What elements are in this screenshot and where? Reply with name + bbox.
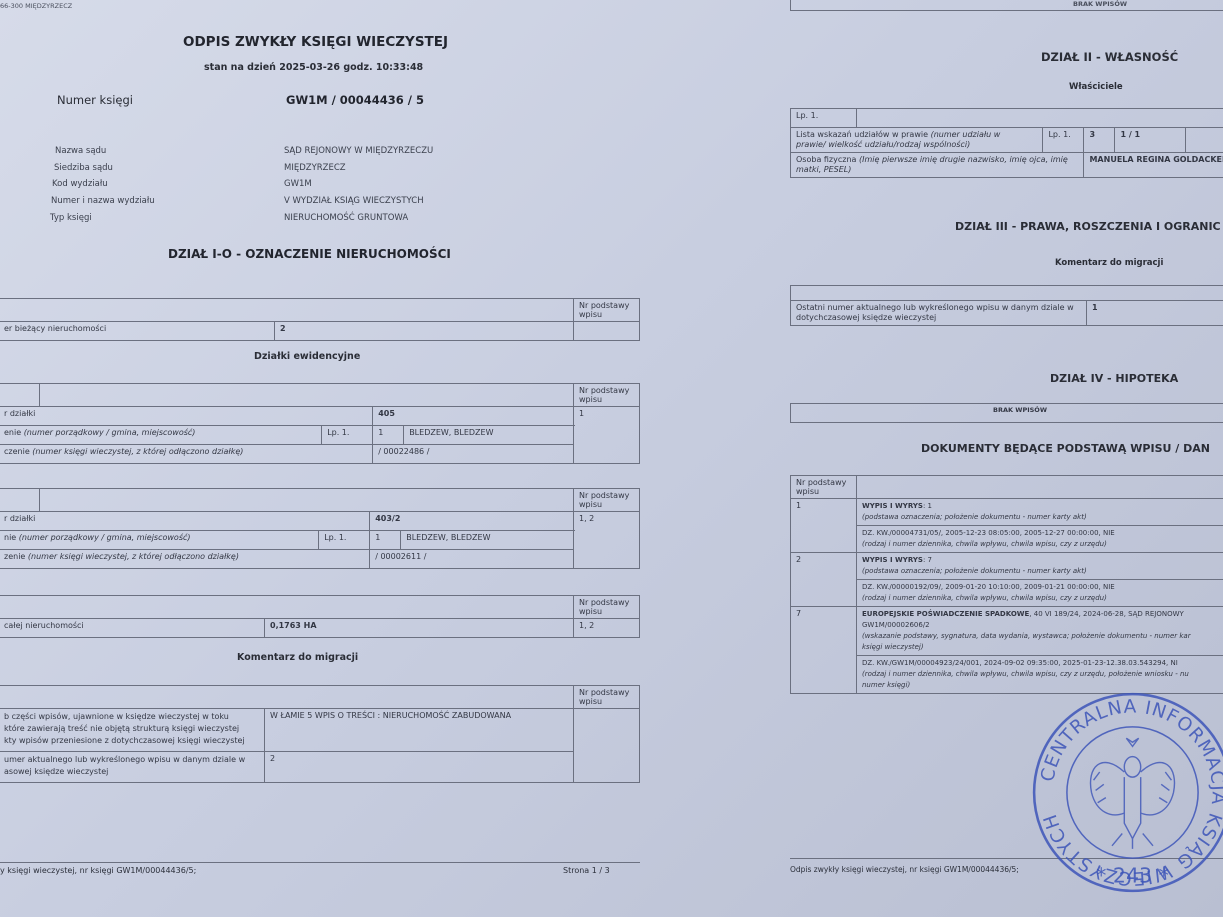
footer-divider — [0, 862, 640, 863]
separation-label: zenie — [4, 552, 25, 561]
plots-title: Działki ewidencyjne — [254, 351, 360, 362]
label-line: dotychczasowej księdze wieczystej — [796, 313, 1081, 323]
separation-label: czenie — [4, 447, 30, 456]
document-hint: księgi wieczystej) — [862, 643, 924, 651]
separation-hint: (numer księgi wieczystej, z której odłąc… — [28, 552, 239, 561]
location-lp: Lp. 1. — [319, 531, 370, 550]
document-journal: DZ. KW./GW1M/00004923/24/001, 2024-09-02… — [857, 655, 1223, 669]
migration-table: Nr podstawy wpisu b części wpisów, ujawn… — [0, 685, 640, 783]
section-3-row-value: 1 — [1087, 301, 1223, 326]
department-code-label: Kod wydziału — [52, 179, 108, 189]
document-row: 1 WYPIS I WYRYS: 1 (podstawa oznaczenia;… — [791, 499, 1223, 553]
separation-value: / 00022486 / — [373, 445, 574, 464]
basis-header: Nr podstawy wpisu — [574, 384, 640, 407]
department-code-value: GW1M — [284, 179, 312, 189]
court-seat-value: MIĘDZYRZECZ — [284, 163, 346, 173]
basis-header: Nr podstawy wpisu — [574, 299, 640, 322]
document-number: 7 — [791, 607, 857, 694]
section-4-table: BRAK WPISÓW — [790, 403, 1223, 423]
basis-header: Nr podstawy wpisu — [574, 489, 640, 512]
plot-number-label: r działki — [0, 512, 370, 531]
separation-hint: (numer księgi wieczystej, z której odłąc… — [32, 447, 243, 456]
person-hint: (Imię pierwsze imię drugie nazwisko, imi… — [859, 155, 1068, 164]
documents-table: Nr podstawy wpisu 1 WYPIS I WYRYS: 1 (po… — [790, 475, 1223, 694]
owners-title: Właściciele — [1069, 82, 1123, 92]
location-lp-number: 1 — [373, 426, 404, 445]
top-no-entries-box — [790, 0, 1223, 11]
court-name-value: SĄD REJONOWY W MIĘDZYRZECZU — [284, 146, 433, 156]
document-hint: (wskazanie podstawy, sygnatura, data wyd… — [862, 632, 1191, 640]
department-name-value: V WYDZIAŁ KSIĄG WIECZYSTYCH — [284, 196, 424, 206]
shares-label: Lista wskazań udziałów w prawie (numer u… — [791, 128, 1043, 153]
section-3-table: Ostatni numer aktualnego lub wykreśloneg… — [790, 285, 1223, 326]
footer-text: y księgi wieczystej, nr księgi GW1M/0004… — [0, 866, 196, 875]
document-details: WYPIS I WYRYS: 1 (podstawa oznaczenia; p… — [857, 499, 1223, 553]
area-basis: 1, 2 — [574, 619, 640, 638]
location-value: BLEDZEW, BLEDZEW — [404, 426, 574, 445]
document-book-ref: GW1M/00002606/2 — [862, 620, 1223, 631]
section-4-no-entries: BRAK WPISÓW — [791, 404, 1223, 423]
book-type-value: NIERUCHOMOŚĆ GRUNTOWA — [284, 213, 408, 223]
document-number: 2 — [791, 553, 857, 607]
owners-table: Lp. 1. Lista wskazań udziałów w prawie (… — [790, 108, 1223, 178]
document-journal: DZ. KW./00000192/09/, 2009-01-20 10:10:0… — [857, 579, 1223, 593]
book-number-label: Numer księgi — [57, 93, 133, 107]
document-row: 2 WYPIS I WYRYS: 7 (podstawa oznaczenia;… — [791, 553, 1223, 607]
document-hint: (podstawa oznaczenia; położenie dokument… — [862, 567, 1087, 575]
section-4-title: DZIAŁ IV - HIPOTEKA — [1050, 372, 1178, 385]
footer-text: Odpis zwykły księgi wieczystej, nr księg… — [790, 865, 1019, 874]
document-details: WYPIS I WYRYS: 7 (podstawa oznaczenia; p… — [857, 553, 1223, 607]
documents-title: DOKUMENTY BĘDĄCE PODSTAWĄ WPISU / DAN — [921, 442, 1210, 455]
stamp-ring-text: CENTRALNA INFORMACJA KSIĄG WIECZYSTYCH — [1037, 696, 1223, 888]
label-line: kty wpisów przeniesione z dotychczasowej… — [4, 735, 259, 747]
current-number-table: Nr podstawy wpisu er bieżący nieruchomoś… — [0, 298, 640, 341]
location-lp: Lp. 1. — [322, 426, 373, 445]
person-hint: matki, PESEL) — [796, 165, 851, 174]
document-row: 7 EUROPEJSKIE POŚWIADCZENIE SPADKOWE, 40… — [791, 607, 1223, 694]
basis-header: Nr podstawy wpisu — [791, 476, 857, 499]
plot-basis: 1 — [574, 407, 640, 464]
shares-lp: Lp. 1. — [1043, 128, 1084, 153]
current-number-value: 2 — [275, 322, 574, 341]
section-3-title: DZIAŁ III - PRAWA, ROSZCZENIA I OGRANIC — [955, 220, 1221, 233]
shares-hint: prawie/ wielkość udziału/rodzaj wspólnoś… — [796, 140, 970, 149]
migration-title: Komentarz do migracji — [237, 652, 358, 663]
court-seat-label: Siedziba sądu — [54, 163, 113, 173]
book-number: GW1M / 00044436 / 5 — [286, 93, 424, 107]
plot-table-1: Nr podstawy wpisu r działki 405 1 enie (… — [0, 383, 640, 464]
document-number: 1 — [791, 499, 857, 553]
label-line: umer aktualnego lub wykreślonego wpisu w… — [4, 754, 259, 766]
plot-basis: 1, 2 — [574, 512, 640, 569]
location-hint: (numer porządkowy / gmina, miejscowość) — [19, 533, 191, 542]
section-1-title: DZIAŁ I-O - OZNACZENIE NIERUCHOMOŚCI — [168, 247, 451, 261]
stamp-number: * 243 * — [1096, 864, 1169, 888]
page-number: Strona 1 / 3 — [563, 866, 610, 875]
department-name-label: Numer i nazwa wydziału — [51, 196, 155, 206]
label-line: asowej księdze wieczystej — [4, 766, 259, 778]
label-line: które zawierają treść nie objętą struktu… — [4, 723, 259, 735]
area-table: Nr podstawy wpisu całej nieruchomości 0,… — [0, 595, 640, 638]
migration-label-1: b części wpisów, ujawnione w księdze wie… — [0, 709, 265, 752]
document-title-suffix: : 7 — [923, 556, 932, 564]
current-number-label: er bieżący nieruchomości — [0, 322, 275, 341]
shares-value: 1 / 1 — [1115, 128, 1186, 153]
area-value: 0,1763 HA — [265, 619, 574, 638]
person-value: MANUELA REGINA GOLDACKER, K — [1084, 153, 1223, 178]
court-address: 66-300 MIĘDZYRZECZ — [0, 2, 72, 10]
document-title-suffix: : 1 — [923, 502, 932, 510]
location-hint: (numer porządkowy / gmina, miejscowość) — [24, 428, 196, 437]
migration-label-2: umer aktualnego lub wykreślonego wpisu w… — [0, 752, 265, 783]
person-label: Osoba fizyczna (Imię pierwsze imię drugi… — [791, 153, 1084, 178]
label-line: Ostatni numer aktualnego lub wykreśloneg… — [796, 303, 1081, 313]
section-3-migration-title: Komentarz do migracji — [1055, 258, 1163, 268]
document-hint: (rodzaj i numer dziennika, chwila wpływu… — [862, 540, 1107, 548]
owner-lp: Lp. 1. — [791, 109, 857, 128]
label-line: b części wpisów, ujawnione w księdze wie… — [4, 711, 259, 723]
plot-number-value: 403/2 — [370, 512, 574, 531]
book-type-label: Typ księgi — [50, 213, 92, 223]
document-title: WYPIS I WYRYS — [862, 502, 923, 510]
plot-number-label: r działki — [0, 407, 373, 426]
document-hint: numer księgi) — [862, 681, 910, 689]
official-stamp-icon: CENTRALNA INFORMACJA KSIĄG WIECZYSTYCH *… — [1030, 690, 1223, 895]
document-title: EUROPEJSKIE POŚWIADCZENIE SPADKOWE — [862, 610, 1029, 618]
location-value: BLEDZEW, BLEDZEW — [401, 531, 574, 550]
plot-number-value: 405 — [373, 407, 574, 426]
eagle-icon — [1091, 738, 1175, 849]
migration-value-1: W ŁAMIE 5 WPIS O TREŚCI : NIERUCHOMOŚĆ Z… — [265, 709, 574, 752]
document-title-suffix: , 40 VI 189/24, 2024-06-28, SĄD REJONOWY — [1029, 610, 1184, 618]
court-name-label: Nazwa sądu — [55, 146, 106, 156]
section-2-title: DZIAŁ II - WŁASNOŚĆ — [1041, 50, 1178, 64]
document-hint: (rodzaj i numer dziennika, chwila wpływu… — [862, 594, 1107, 602]
location-label: enie — [4, 428, 21, 437]
top-no-entries: BRAK WPISÓW — [1073, 0, 1127, 8]
basis-header: Nr podstawy wpisu — [574, 686, 640, 709]
migration-value-2: 2 — [265, 752, 574, 783]
location-label: nie — [4, 533, 16, 542]
document-details: EUROPEJSKIE POŚWIADCZENIE SPADKOWE, 40 V… — [857, 607, 1223, 694]
section-3-row-label: Ostatni numer aktualnego lub wykreśloneg… — [791, 301, 1087, 326]
document-journal: DZ. KW./00004731/05/, 2005-12-23 08:05:0… — [857, 525, 1223, 539]
basis-header: Nr podstawy wpisu — [574, 596, 640, 619]
svg-text:CENTRALNA INFORMACJA KSIĄG WIE: CENTRALNA INFORMACJA KSIĄG WIECZYSTYCH — [1037, 696, 1223, 888]
document-hint: (podstawa oznaczenia; położenie dokument… — [862, 513, 1087, 521]
document-title: ODPIS ZWYKŁY KSIĘGI WIECZYSTEJ — [183, 34, 448, 50]
separation-value: / 00002611 / — [370, 550, 574, 569]
plot-table-2: Nr podstawy wpisu r działki 403/2 1, 2 n… — [0, 488, 640, 569]
shares-label-text: Lista wskazań udziałów w prawie — [796, 130, 928, 139]
document-hint: (rodzaj i numer dziennika, chwila wpływu… — [862, 670, 1189, 678]
area-label: całej nieruchomości — [0, 619, 265, 638]
person-label-text: Osoba fizyczna — [796, 155, 856, 164]
shares-number: 3 — [1084, 128, 1115, 153]
shares-hint: (numer udziału w — [931, 130, 1001, 139]
location-lp-number: 1 — [370, 531, 401, 550]
document-date: stan na dzień 2025-03-26 godz. 10:33:48 — [204, 62, 423, 73]
document-title: WYPIS I WYRYS — [862, 556, 923, 564]
left-document-page: 66-300 MIĘDZYRZECZ ODPIS ZWYKŁY KSIĘGI W… — [0, 0, 660, 917]
